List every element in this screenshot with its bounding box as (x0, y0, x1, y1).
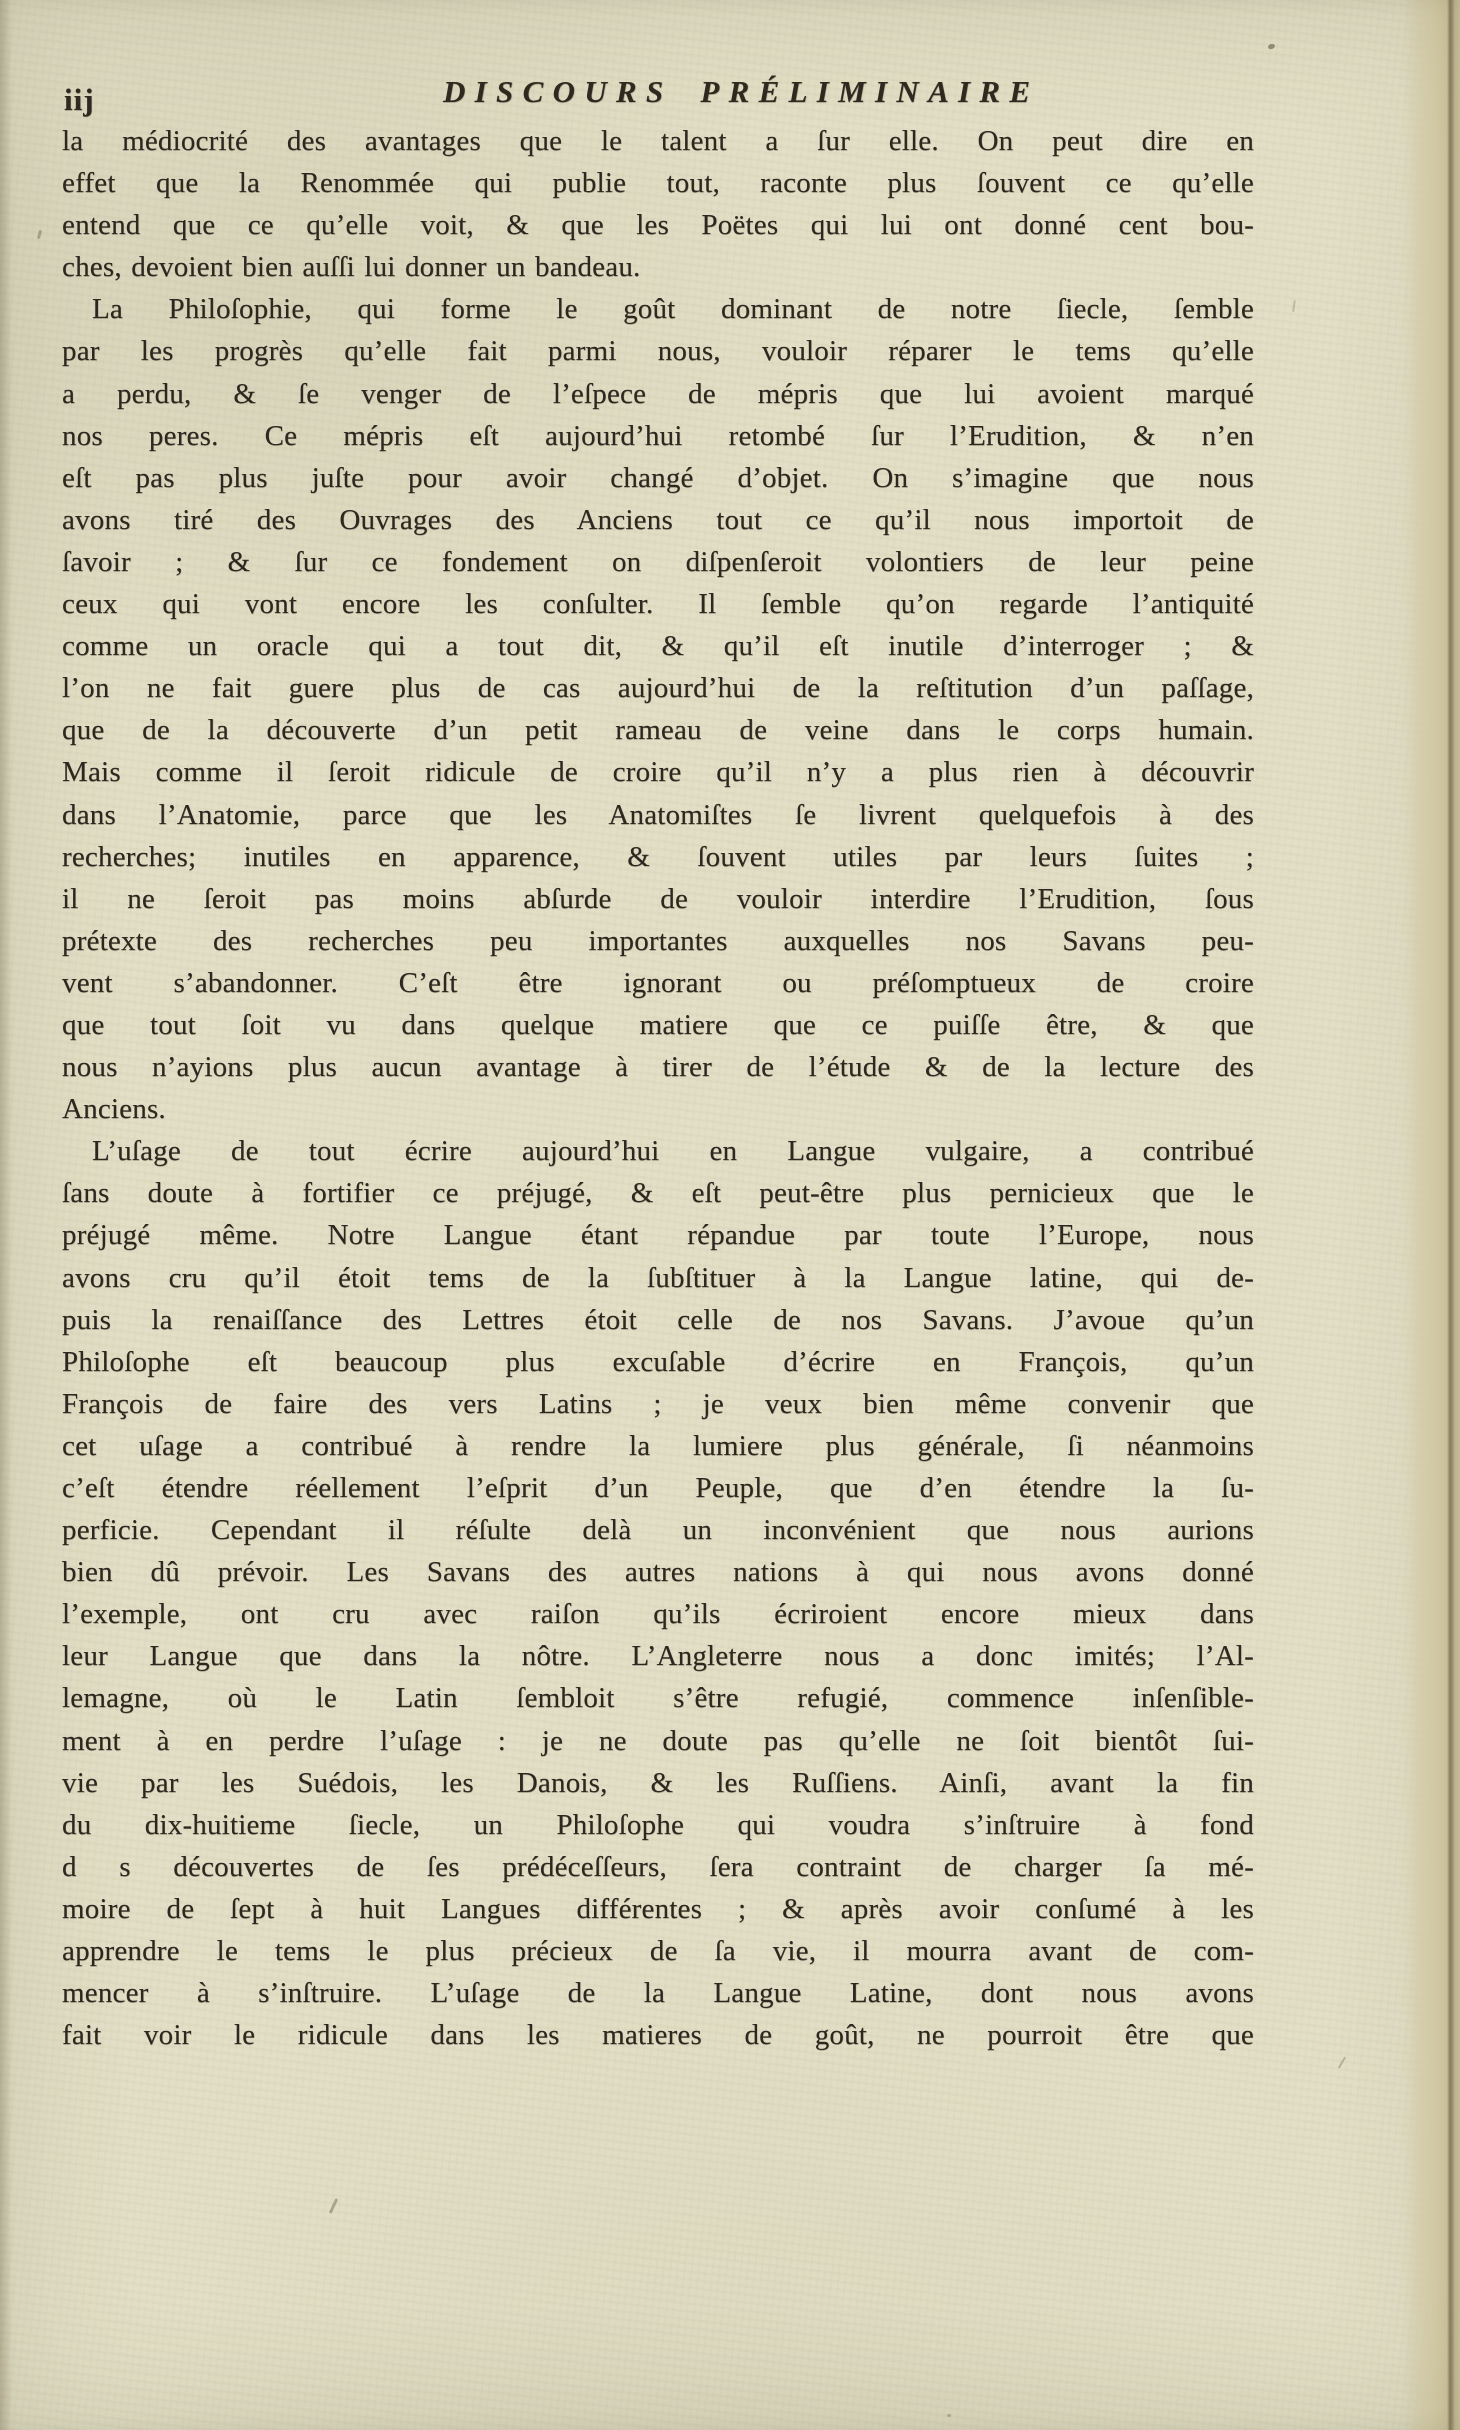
text-line: c’eſt étendre réellement l’eſprit d’un P… (62, 1467, 1254, 1509)
ink-speck (947, 2414, 951, 2417)
page-edge (1402, 0, 1460, 2430)
text-line: l’on ne fait guere plus de cas aujourd’h… (62, 667, 1254, 709)
text-line: d s découvertes de ſes prédéceſſeurs, ſe… (62, 1846, 1254, 1888)
text-line: effet que la Renommée qui publie tout, r… (62, 162, 1254, 204)
text-line: comme un oracle qui a tout dit, & qu’il … (62, 625, 1254, 667)
page-left-shadow (0, 0, 12, 2430)
text-line: vie par les Suédois, les Danois, & les R… (62, 1762, 1254, 1804)
text-line: préjugé même. Notre Langue étant répandu… (62, 1214, 1254, 1256)
text-line: que de la découverte d’un petit rameau d… (62, 709, 1254, 751)
text-line: avons cru qu’il étoit tems de la ſubſtit… (62, 1257, 1254, 1299)
text-line: fait voir le ridicule dans les matieres … (62, 2014, 1254, 2056)
ink-speck (1292, 300, 1296, 312)
text-line: eſt pas plus juſte pour avoir changé d’o… (62, 457, 1254, 499)
text-line: Philoſophe eſt beaucoup plus excuſable d… (62, 1341, 1254, 1383)
text-line: perficie. Cependant il réſulte delà un i… (62, 1509, 1254, 1551)
text-line: recherches; inutiles en apparence, & ſou… (62, 836, 1254, 878)
text-line: ceux qui vont encore les conſulter. Il ſ… (62, 583, 1254, 625)
text-line: L’uſage de tout écrire aujourd’hui en La… (62, 1130, 1254, 1172)
text-line: l’exemple, ont cru avec raiſon qu’ils éc… (62, 1593, 1254, 1635)
text-line: moire de ſept à huit Langues différentes… (62, 1888, 1254, 1930)
page-number: iij (64, 82, 95, 118)
text-line: ches, devoient bien auſſi lui donner un … (62, 246, 1254, 288)
ink-speck (1267, 43, 1275, 50)
text-block: la médiocrité des avantages que le talen… (62, 120, 1254, 2056)
text-line: apprendre le tems le plus précieux de ſa… (62, 1930, 1254, 1972)
text-line: ſavoir ; & ſur ce fondement on diſpenſer… (62, 541, 1254, 583)
ink-speck (37, 230, 42, 239)
text-line: mencer à s’inſtruire. L’uſage de la Lang… (62, 1972, 1254, 2014)
text-line: que tout ſoit vu dans quelque matiere qu… (62, 1004, 1254, 1046)
text-line: La Philoſophie, qui forme le goût domina… (62, 288, 1254, 330)
text-line: cet uſage a contribué à rendre la lumier… (62, 1425, 1254, 1467)
text-line: leur Langue que dans la nôtre. L’Anglete… (62, 1635, 1254, 1677)
text-line: vent s’abandonner. C’eſt être ignorant o… (62, 962, 1254, 1004)
ink-speck (1338, 2056, 1346, 2068)
text-line: a perdu, & ſe venger de l’eſpece de mépr… (62, 373, 1254, 415)
text-line: la médiocrité des avantages que le talen… (62, 120, 1254, 162)
text-line: dans l’Anatomie, parce que les Anatomiſt… (62, 794, 1254, 836)
text-line: nous n’ayions plus aucun avantage à tire… (62, 1046, 1254, 1088)
text-line: puis la renaiſſance des Lettres étoit ce… (62, 1299, 1254, 1341)
text-line: bien dû prévoir. Les Savans des autres n… (62, 1551, 1254, 1593)
text-line: ſans doute à fortifier ce préjugé, & eſt… (62, 1172, 1254, 1214)
text-line: par les progrès qu’elle fait parmi nous,… (62, 330, 1254, 372)
ink-speck (329, 2198, 338, 2214)
text-line: Mais comme il ſeroit ridicule de croire … (62, 751, 1254, 793)
text-line: avons tiré des Ouvrages des Anciens tout… (62, 499, 1254, 541)
text-line: lemagne, où le Latin ſembloit s’être ref… (62, 1677, 1254, 1719)
text-line: il ne ſeroit pas moins abſurde de vouloi… (62, 878, 1254, 920)
text-line: ment à en perdre l’uſage : je ne doute p… (62, 1720, 1254, 1762)
page-title: DISCOURS PRÉLIMINAIRE (443, 74, 1039, 110)
text-line: Anciens. (62, 1088, 1254, 1130)
text-line: François de faire des vers Latins ; je v… (62, 1383, 1254, 1425)
text-line: nos peres. Ce mépris eſt aujourd’hui ret… (62, 415, 1254, 457)
text-line: prétexte des recherches peu importantes … (62, 920, 1254, 962)
text-line: entend que ce qu’elle voit, & que les Po… (62, 204, 1254, 246)
text-line: du dix-huitieme ſiecle, un Philoſophe qu… (62, 1804, 1254, 1846)
